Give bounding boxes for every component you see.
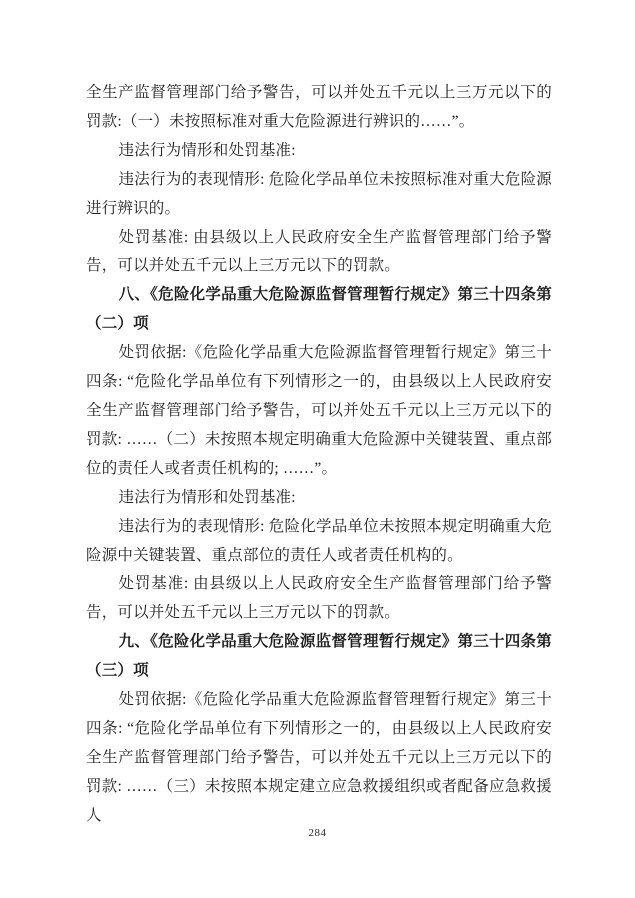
paragraph-penalty-grounds-9: 处罚依据:《危险化学品重大危险源监督管理暂行规定》第三十四条: “危险化学品单位… [86, 686, 552, 831]
paragraph-continuation-penalty: 全生产监督管理部门给予警告，可以并处五千元以上三万元以下的罚款:（一）未按照标准… [86, 79, 552, 137]
paragraph-violation-form-2: 违法行为的表现情形: 危险化学品单位未按照本规定明确重大危险源中关键装置、重点部… [86, 513, 552, 571]
document-body: 全生产监督管理部门给予警告，可以并处五千元以上三万元以下的罚款:（一）未按照标准… [86, 79, 552, 831]
paragraph-violation-basis-label-2: 违法行为情形和处罚基准: [86, 484, 552, 513]
paragraph-penalty-basis: 处罚基准: 由县级以上人民政府安全生产监督管理部门给予警告，可以并处五千元以上三… [86, 224, 552, 282]
paragraph-penalty-basis-2: 处罚基准: 由县级以上人民政府安全生产监督管理部门给予警告，可以并处五千元以上三… [86, 570, 552, 628]
page-number: 284 [0, 827, 635, 839]
paragraph-penalty-grounds-8: 处罚依据:《危险化学品重大危险源监督管理暂行规定》第三十四条: “危险化学品单位… [86, 339, 552, 484]
paragraph-violation-form: 违法行为的表现情形: 危险化学品单位未按照标准对重大危险源进行辨识的。 [86, 166, 552, 224]
paragraph-violation-basis-label: 违法行为情形和处罚基准: [86, 137, 552, 166]
section-heading-item-8: 八、《危险化学品重大危险源监督管理暂行规定》第三十四条第（二）项 [86, 281, 552, 339]
document-page: 全生产监督管理部门给予警告，可以并处五千元以上三万元以下的罚款:（一）未按照标准… [0, 0, 635, 898]
section-heading-item-9: 九、《危险化学品重大危险源监督管理暂行规定》第三十四条第（三）项 [86, 628, 552, 686]
